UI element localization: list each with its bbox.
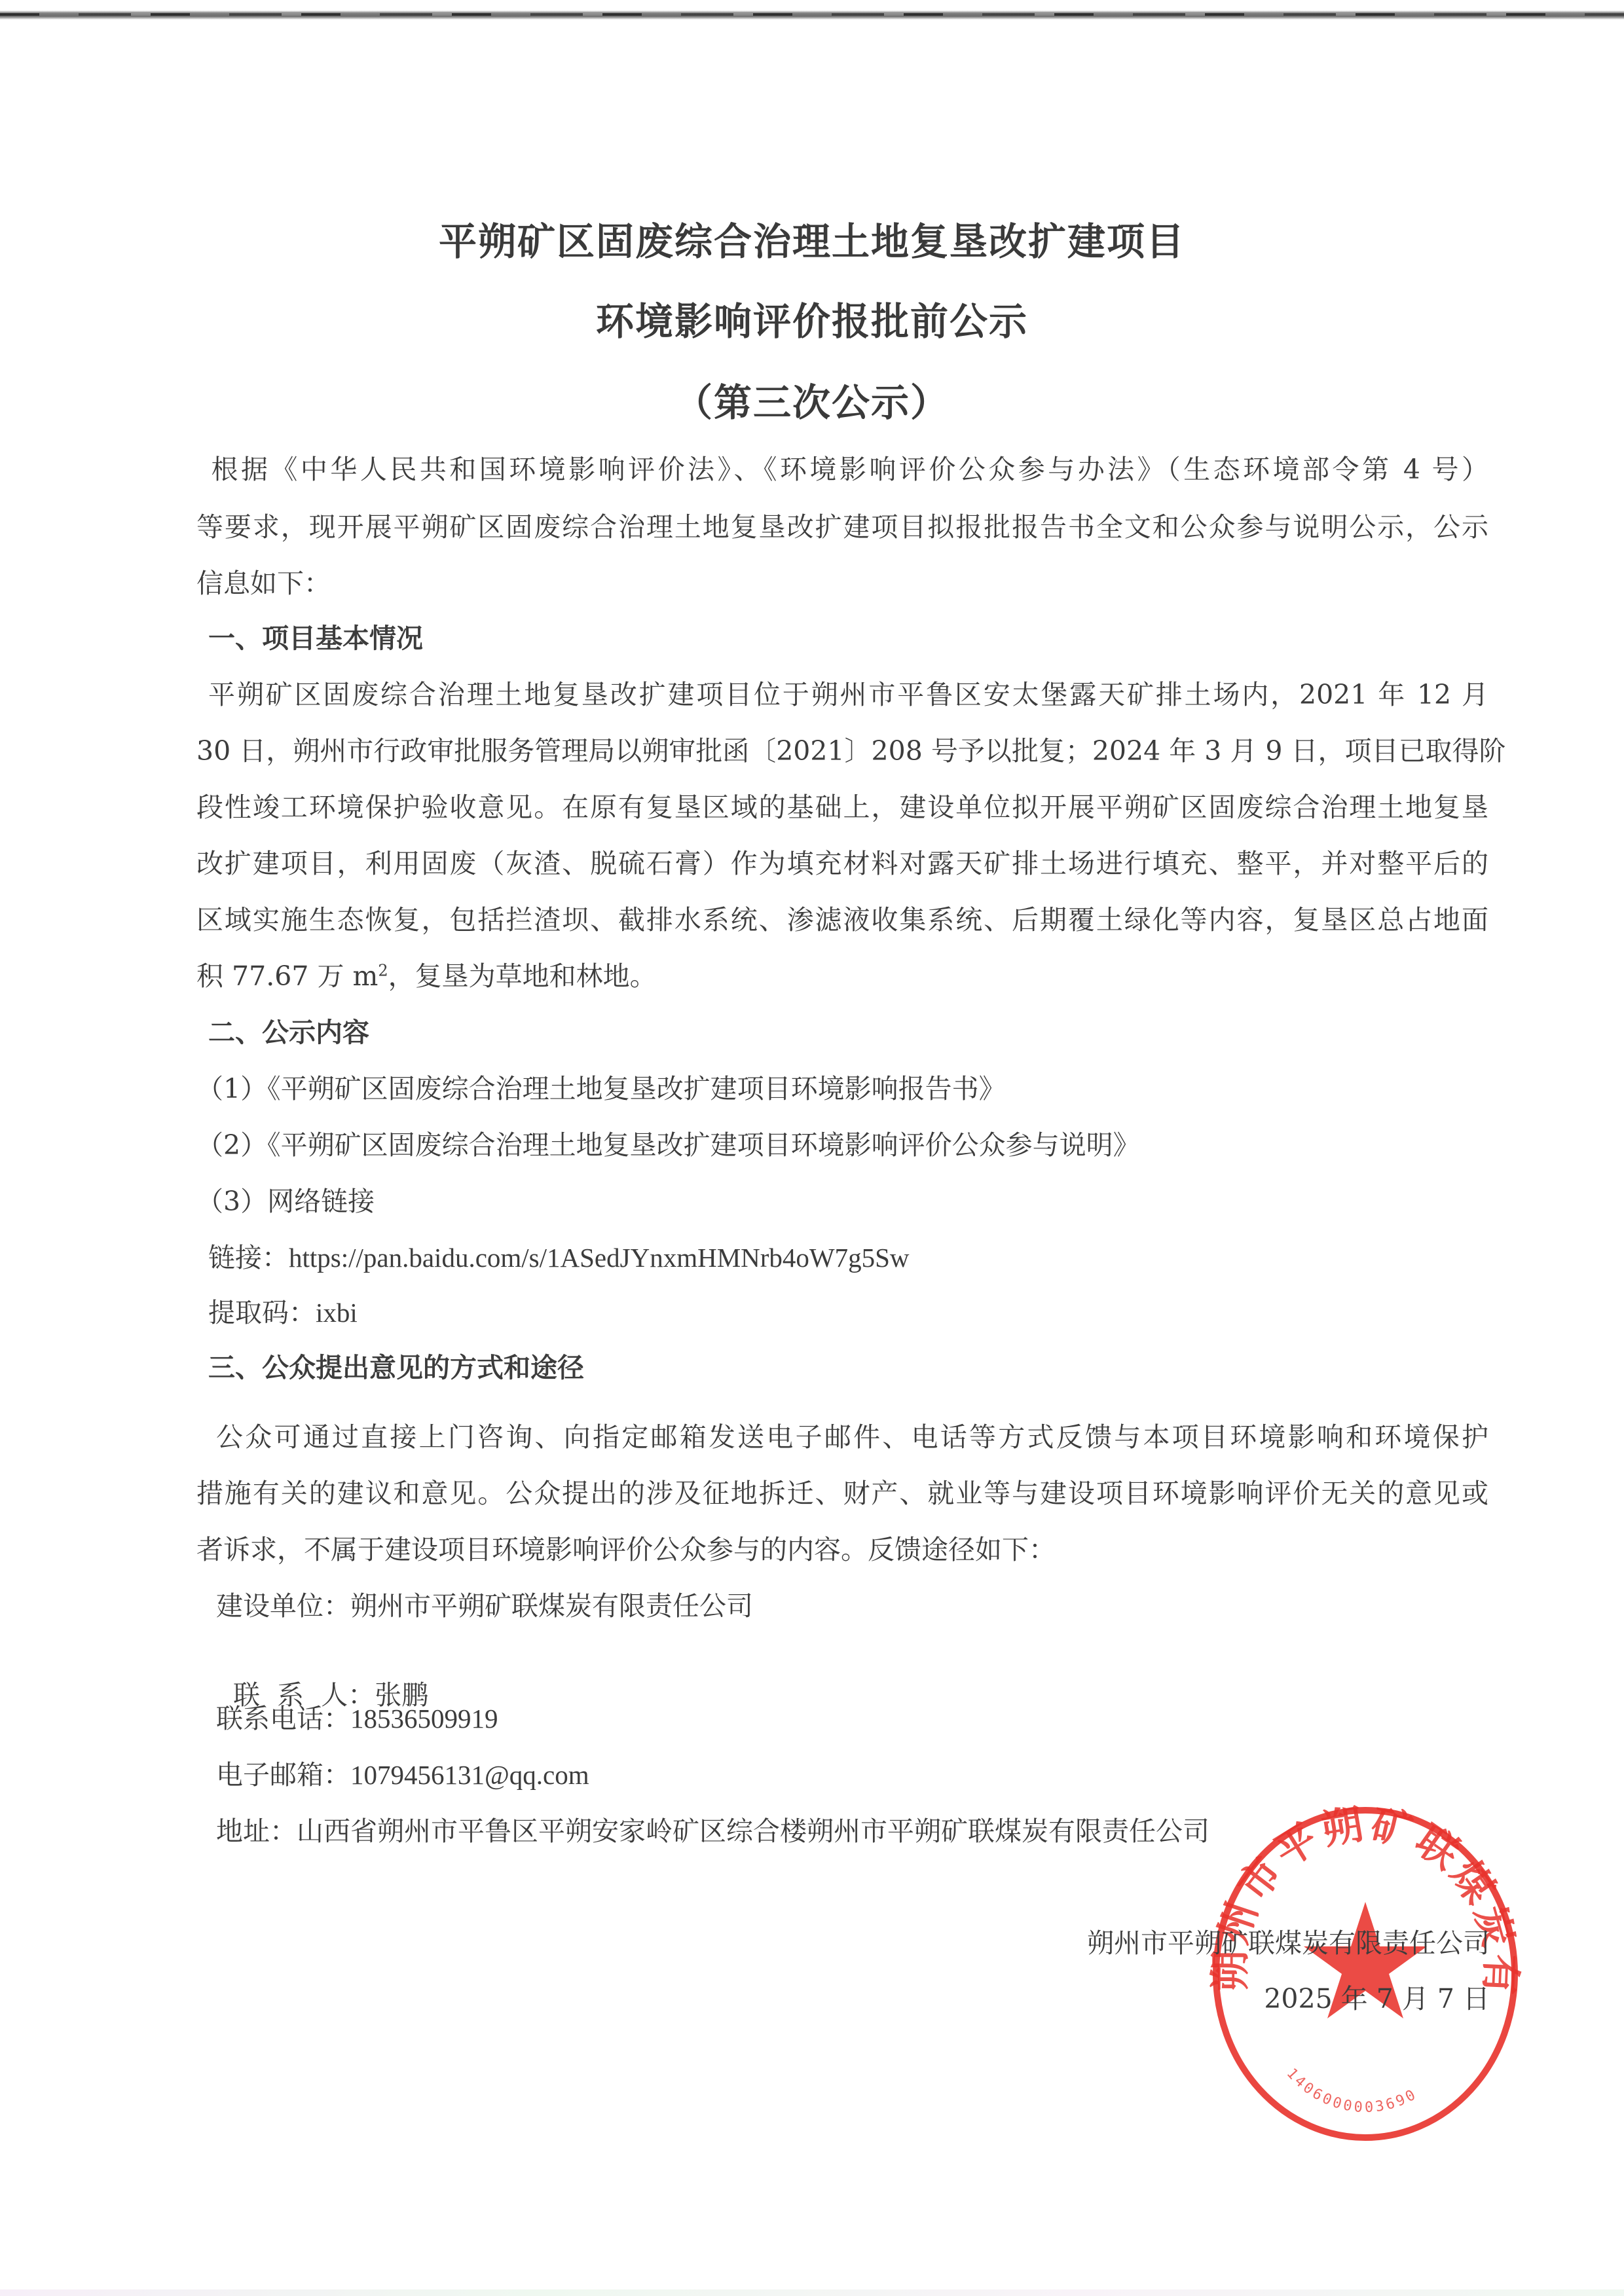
intro-line-3: 信息如下： xyxy=(196,567,331,600)
contact-value: 朔州市平朔矿联煤炭有限责任公司 xyxy=(350,1590,753,1622)
doc-title-line-3: （第三次公示） xyxy=(0,372,1624,427)
section-1-line-1: 平朔矿区固废综合治理土地复垦改扩建项目位于朔州市平鲁区安太堡露天矿排土场内，20… xyxy=(208,678,1488,711)
svg-text:1406000003690: 1406000003690 xyxy=(1283,2066,1421,2116)
signature-company: 朔州市平朔矿联煤炭有限责任公司 xyxy=(1048,1922,1490,1960)
section-1-heading: 一、项目基本情况 xyxy=(208,622,423,655)
contact-row-email: 电子邮箱：1079456131@qq.com xyxy=(216,1758,589,1791)
section-1-line-6: 积 77.67 万 m2，复垦为草地和林地。 xyxy=(196,960,657,993)
contact-label: 电子邮箱： xyxy=(216,1759,350,1791)
extraction-code-row: 提取码：ixbi xyxy=(208,1296,358,1329)
area-value: 积 77.67 万 m xyxy=(196,960,378,992)
contact-row-phone: 联系电话：18536509919 xyxy=(216,1702,498,1735)
signature-date: 2025 年 7 月 7 日 xyxy=(1048,1977,1490,2016)
disclosure-item-1: （1）《平朔矿区固废综合治理土地复垦改扩建项目环境影响报告书》 xyxy=(196,1072,1006,1105)
section-3-line-2: 措施有关的建议和意见。公众提出的涉及征地拆迁、财产、就业等与建设项目环境影响评价… xyxy=(196,1477,1488,1510)
section-1-line-4: 改扩建项目，利用固废（灰渣、脱硫石膏）作为填充材料对露天矿排土场进行填充、整平，… xyxy=(196,847,1488,880)
contact-row-person: 联 系 人：张鹏 xyxy=(216,1646,428,1711)
extraction-code: ixbi xyxy=(316,1298,358,1328)
company-seal-stamp: 朔州市平朔矿联煤炭有限责任公司 1406000003690 xyxy=(1202,1791,1529,2144)
contact-phone: 18536509919 xyxy=(350,1704,498,1734)
section-1-line-2: 30 日，朔州市行政审批服务管理局以朔审批函〔2021〕208 号予以批复；20… xyxy=(196,735,1488,767)
scan-bottom-artifact xyxy=(0,2289,1624,2296)
area-unit-superscript: 2 xyxy=(378,961,388,979)
section-3-line-1: 公众可通过直接上门咨询、向指定邮箱发送电子邮件、电话等方式反馈与本项目环境影响和… xyxy=(216,1421,1488,1453)
section-1-line-3: 段性竣工环境保护验收意见。在原有复垦区域的基础上，建设单位拟开展平朔矿区固废综合… xyxy=(196,791,1488,824)
section-1-line-5: 区域实施生态恢复，包括拦渣坝、截排水系统、渗滤液收集系统、后期覆土绿化等内容，复… xyxy=(196,903,1488,936)
contact-label: 地址： xyxy=(216,1815,297,1847)
disclosure-item-3: （3）网络链接 xyxy=(196,1185,375,1218)
link-label: 链接： xyxy=(208,1242,289,1273)
doc-title-line-1: 平朔矿区固废综合治理土地复垦改扩建项目 xyxy=(0,211,1624,266)
contact-email[interactable]: 1079456131@qq.com xyxy=(350,1760,589,1790)
doc-title-line-2: 环境影响评价报批前公示 xyxy=(0,291,1624,346)
disclosure-item-2: （2）《平朔矿区固废综合治理土地复垦改扩建项目环境影响评价公众参与说明》 xyxy=(196,1129,1140,1161)
download-link-row: 链接：https://pan.baidu.com/s/1ASedJYnxmHMN… xyxy=(208,1241,910,1274)
contact-row-address: 地址：山西省朔州市平鲁区平朔安家岭矿区综合楼朔州市平朔矿联煤炭有限责任公司 xyxy=(216,1815,1209,1848)
contact-address: 山西省朔州市平鲁区平朔安家岭矿区综合楼朔州市平朔矿联煤炭有限责任公司 xyxy=(297,1815,1209,1847)
download-link[interactable]: https://pan.baidu.com/s/1ASedJYnxmHMNrb4… xyxy=(289,1243,910,1273)
contact-row-company: 建设单位：朔州市平朔矿联煤炭有限责任公司 xyxy=(216,1590,753,1622)
section-3-line-3: 者诉求，不属于建设项目环境影响评价公众参与的内容。反馈途径如下： xyxy=(196,1533,1056,1566)
intro-line-1: 根据《中华人民共和国环境影响评价法》、《环境影响评价公众参与办法》（生态环境部令… xyxy=(208,453,1488,486)
scan-edge-artifact-detail xyxy=(0,13,1624,16)
contact-label: 建设单位： xyxy=(216,1590,350,1622)
section-2-heading: 二、公示内容 xyxy=(208,1016,369,1049)
code-label: 提取码： xyxy=(208,1297,316,1328)
area-suffix: ，复垦为草地和林地。 xyxy=(388,960,657,992)
section-3-heading: 三、公众提出意见的方式和途径 xyxy=(208,1351,584,1384)
intro-line-2: 等要求，现开展平朔矿区固废综合治理土地复垦改扩建项目拟报批报告书全文和公众参与说… xyxy=(196,511,1488,543)
contact-label: 联系电话： xyxy=(216,1703,350,1734)
